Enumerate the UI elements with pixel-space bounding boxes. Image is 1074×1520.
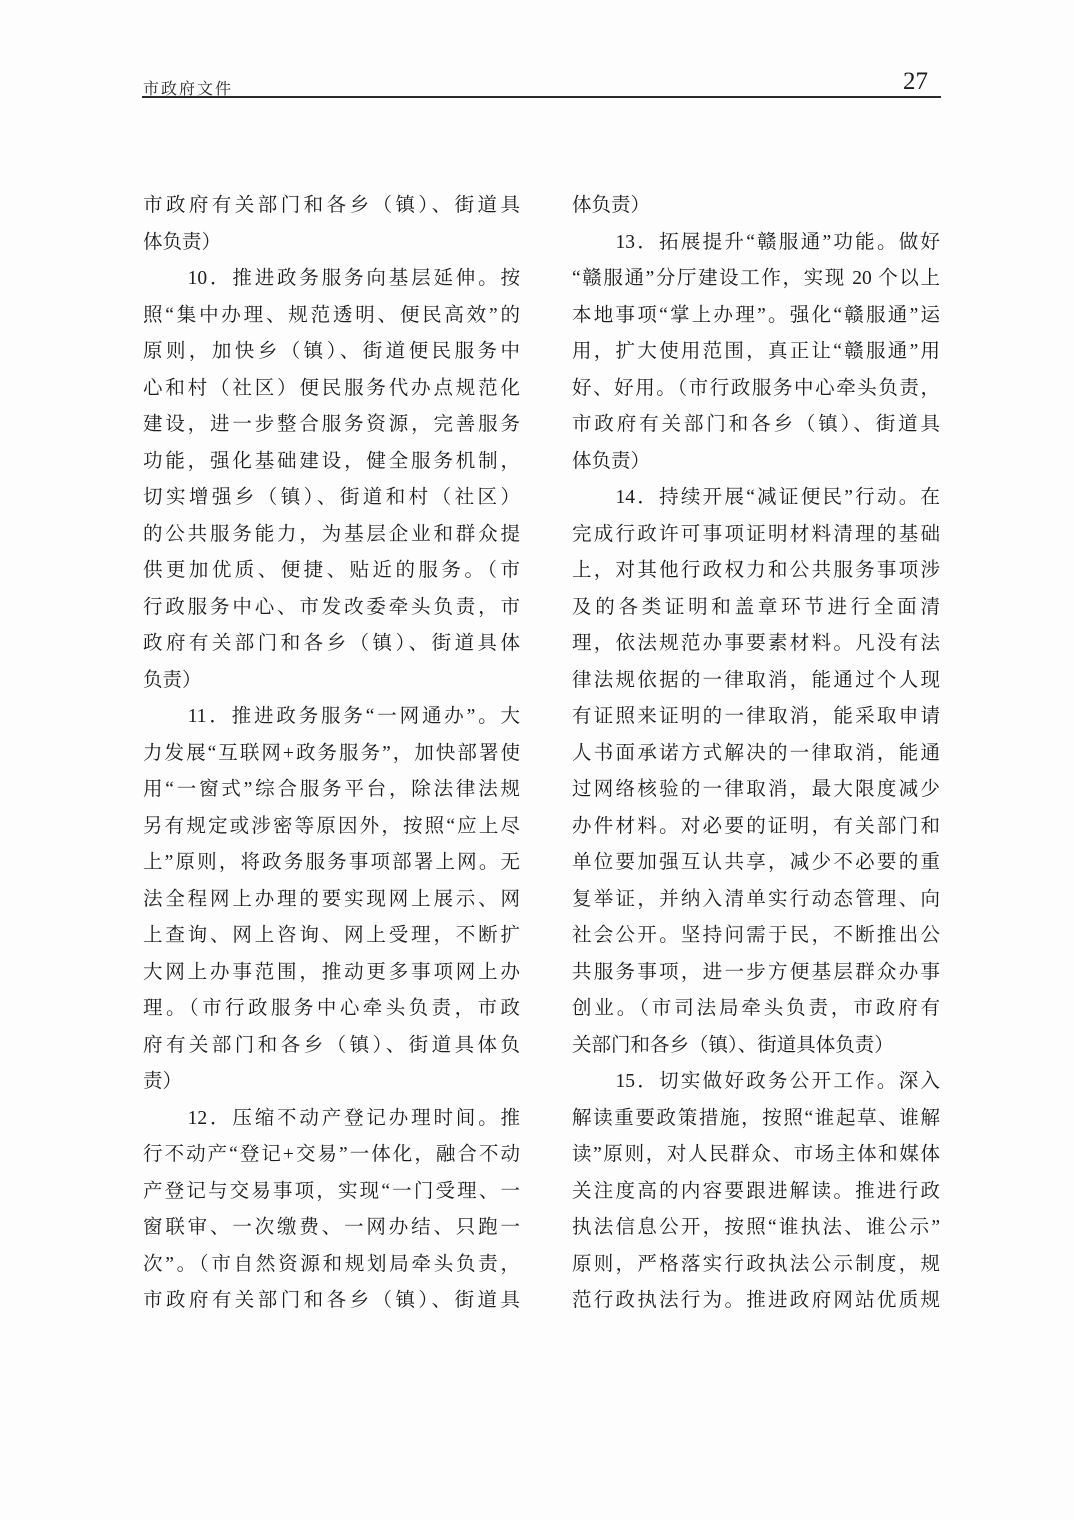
text-line: 读”原则，对人民群众、市场主体和媒体 bbox=[572, 1137, 940, 1174]
text-line: 法全程网上办理的要实现网上展示、网 bbox=[143, 882, 520, 919]
text-line: 建设，进一步整合服务资源，完善服务 bbox=[143, 407, 520, 444]
text-line: 府有关部门和各乡（镇）、街道具体负 bbox=[143, 1028, 520, 1065]
text-line: 理。（市行政服务中心牵头负责，市政 bbox=[143, 991, 520, 1028]
text-line: 复举证，并纳入清单实行动态管理、向 bbox=[572, 882, 940, 919]
text-line: 好、好用。（市行政服务中心牵头负责， bbox=[572, 371, 940, 408]
text-line: 市政府有关部门和各乡（镇）、街道具 bbox=[143, 1283, 520, 1320]
text-line: 上查询、网上咨询、网上受理，不断扩 bbox=[143, 918, 520, 955]
text-line: 15．切实做好政务公开工作。深入 bbox=[572, 1064, 940, 1101]
text-line: “赣服通”分厅建设工作，实现 20 个以上 bbox=[572, 261, 940, 298]
text-line: 执法信息公开，按照“谁执法、谁公示” bbox=[572, 1210, 940, 1247]
text-line: 行政服务中心、市发改委牵头负责，市 bbox=[143, 590, 520, 627]
text-line: 14．持续开展“减证便民”行动。在 bbox=[572, 480, 940, 517]
text-line: 12．压缩不动产登记办理时间。推 bbox=[143, 1101, 520, 1138]
text-line: 完成行政许可事项证明材料清理的基础 bbox=[572, 517, 940, 554]
text-line: 次”。（市自然资源和规划局牵头负责， bbox=[143, 1247, 520, 1284]
text-line: 市政府有关部门和各乡（镇）、街道具 bbox=[143, 188, 520, 225]
text-line: 用“一窗式”综合服务平台，除法律法规 bbox=[143, 772, 520, 809]
text-line: 政府有关部门和各乡（镇）、街道具体 bbox=[143, 626, 520, 663]
text-line: 关注度高的内容要跟进解读。推进行政 bbox=[572, 1174, 940, 1211]
text-line: 上，对其他行政权力和公共服务事项涉 bbox=[572, 553, 940, 590]
text-line: 共服务事项，进一步方便基层群众办事 bbox=[572, 955, 940, 992]
left-column: 市政府有关部门和各乡（镇）、街道具体负责） 10．推进政务服务向基层延伸。按照“… bbox=[143, 188, 520, 1320]
text-line: 负责） bbox=[143, 663, 520, 700]
text-line: 原则，加快乡（镇）、街道便民服务中 bbox=[143, 334, 520, 371]
text-line: 窗联审、一次缴费、一网办结、只跑一 bbox=[143, 1210, 520, 1247]
text-line: 关部门和各乡（镇）、街道具体负责） bbox=[572, 1028, 940, 1065]
text-line: 创业。（市司法局牵头负责，市政府有 bbox=[572, 991, 940, 1028]
text-line: 体负责） bbox=[572, 444, 940, 481]
text-line: 解读重要政策措施，按照“谁起草、谁解 bbox=[572, 1101, 940, 1138]
text-line: 单位要加强互认共享，减少不必要的重 bbox=[572, 845, 940, 882]
text-line: 行不动产“登记+交易”一体化，融合不动 bbox=[143, 1137, 520, 1174]
text-line: 人书面承诺方式解决的一律取消，能通 bbox=[572, 736, 940, 773]
text-line: 供更加优质、便捷、贴近的服务。（市 bbox=[143, 553, 520, 590]
text-line: 有证照来证明的一律取消，能采取申请 bbox=[572, 699, 940, 736]
header-rule bbox=[142, 96, 941, 98]
text-line: 及的各类证明和盖章环节进行全面清 bbox=[572, 590, 940, 627]
text-line: 律法规依据的一律取消，能通过个人现 bbox=[572, 663, 940, 700]
text-line: 产登记与交易事项，实现“一门受理、一 bbox=[143, 1174, 520, 1211]
text-line: 市政府有关部门和各乡（镇）、街道具 bbox=[572, 407, 940, 444]
text-line: 的公共服务能力，为基层企业和群众提 bbox=[143, 517, 520, 554]
text-line: 原则，严格落实行政执法公示制度，规 bbox=[572, 1247, 940, 1284]
page-number: 27 bbox=[903, 68, 928, 96]
text-line: 切实增强乡（镇）、街道和村（社区） bbox=[143, 480, 520, 517]
text-line: 13．拓展提升“赣服通”功能。做好 bbox=[572, 225, 940, 262]
right-column: 体负责） 13．拓展提升“赣服通”功能。做好“赣服通”分厅建设工作，实现 20 … bbox=[572, 188, 940, 1320]
text-line: 另有规定或涉密等原因外，按照“应上尽 bbox=[143, 809, 520, 846]
text-line: 大网上办事范围，推动更多事项网上办 bbox=[143, 955, 520, 992]
text-line: 社会公开。坚持问需于民，不断推出公 bbox=[572, 918, 940, 955]
text-line: 责） bbox=[143, 1064, 520, 1101]
document-page: 市政府文件 27 市政府有关部门和各乡（镇）、街道具体负责） 10．推进政务服务… bbox=[0, 0, 1074, 1520]
text-line: 力发展“互联网+政务服务”，加快部署使 bbox=[143, 736, 520, 773]
text-line: 办件材料。对必要的证明，有关部门和 bbox=[572, 809, 940, 846]
text-line: 过网络核验的一律取消，最大限度减少 bbox=[572, 772, 940, 809]
text-line: 体负责） bbox=[572, 188, 940, 225]
text-line: 功能，强化基础建设，健全服务机制， bbox=[143, 444, 520, 481]
text-line: 11．推进政务服务“一网通办”。大 bbox=[143, 699, 520, 736]
text-line: 上”原则，将政务服务事项部署上网。无 bbox=[143, 845, 520, 882]
text-line: 体负责） bbox=[143, 225, 520, 262]
text-line: 范行政执法行为。推进政府网站优质规 bbox=[572, 1283, 940, 1320]
text-line: 用，扩大使用范围，真正让“赣服通”用 bbox=[572, 334, 940, 371]
text-line: 10．推进政务服务向基层延伸。按 bbox=[143, 261, 520, 298]
text-line: 心和村（社区）便民服务代办点规范化 bbox=[143, 371, 520, 408]
text-line: 理，依法规范办事要素材料。凡没有法 bbox=[572, 626, 940, 663]
text-line: 本地事项“掌上办理”。强化“赣服通”运 bbox=[572, 298, 940, 335]
text-line: 照“集中办理、规范透明、便民高效”的 bbox=[143, 298, 520, 335]
